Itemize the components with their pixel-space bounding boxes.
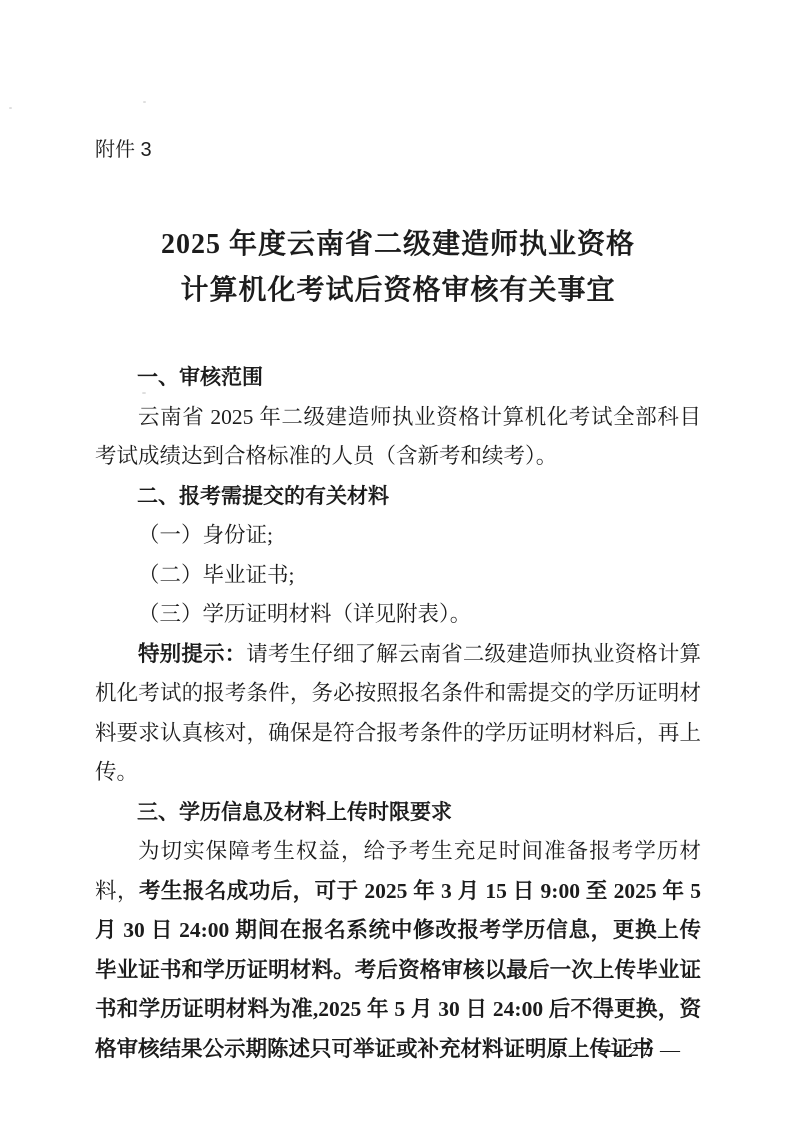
section-2-item-1: （一）身份证; — [95, 516, 701, 556]
special-note-paragraph: 特别提示：请考生仔细了解云南省二级建造师执业资格计算机化考试的报考条件，务必按照… — [95, 635, 701, 793]
title-line-1: 2025 年度云南省二级建造师执业资格 — [95, 222, 701, 268]
section-1-paragraph: 云南省 2025 年二级建造师执业资格计算机化考试全部科目考试成绩达到合格标准的… — [95, 398, 701, 477]
document-body: 一、审核范围 云南省 2025 年二级建造师执业资格计算机化考试全部科目考试成绩… — [95, 358, 701, 1069]
document-page: 附件 3 2025 年度云南省二级建造师执业资格 计算机化考试后资格审核有关事宜… — [0, 0, 793, 1122]
special-note-label: 特别提示： — [138, 642, 246, 666]
attachment-label: 附件 3 — [95, 136, 701, 164]
title-line-2: 计算机化考试后资格审核有关事宜 — [95, 268, 701, 314]
section-1-heading: 一、审核范围 — [95, 358, 701, 398]
scan-speck — [9, 107, 12, 109]
section-3-emphasis-text: 考生报名成功后，可于 2025 年 3 月 15 日 9:00 至 2025 年… — [95, 879, 701, 1061]
section-2-item-3: （三）学历证明材料（详见附表）。 — [95, 595, 701, 635]
section-3-paragraph: 为切实保障考生权益，给予考生充足时间准备报考学历材料，考生报名成功后，可于 20… — [95, 832, 701, 1069]
page-number: — 27 — — [600, 1036, 682, 1064]
section-2-heading: 二、报考需提交的有关材料 — [95, 477, 701, 517]
section-2-item-2: （二）毕业证书; — [95, 556, 701, 596]
document-title: 2025 年度云南省二级建造师执业资格 计算机化考试后资格审核有关事宜 — [95, 222, 701, 314]
section-3-heading: 三、学历信息及材料上传时限要求 — [95, 793, 701, 833]
page-content: 附件 3 2025 年度云南省二级建造师执业资格 计算机化考试后资格审核有关事宜… — [95, 0, 701, 1069]
